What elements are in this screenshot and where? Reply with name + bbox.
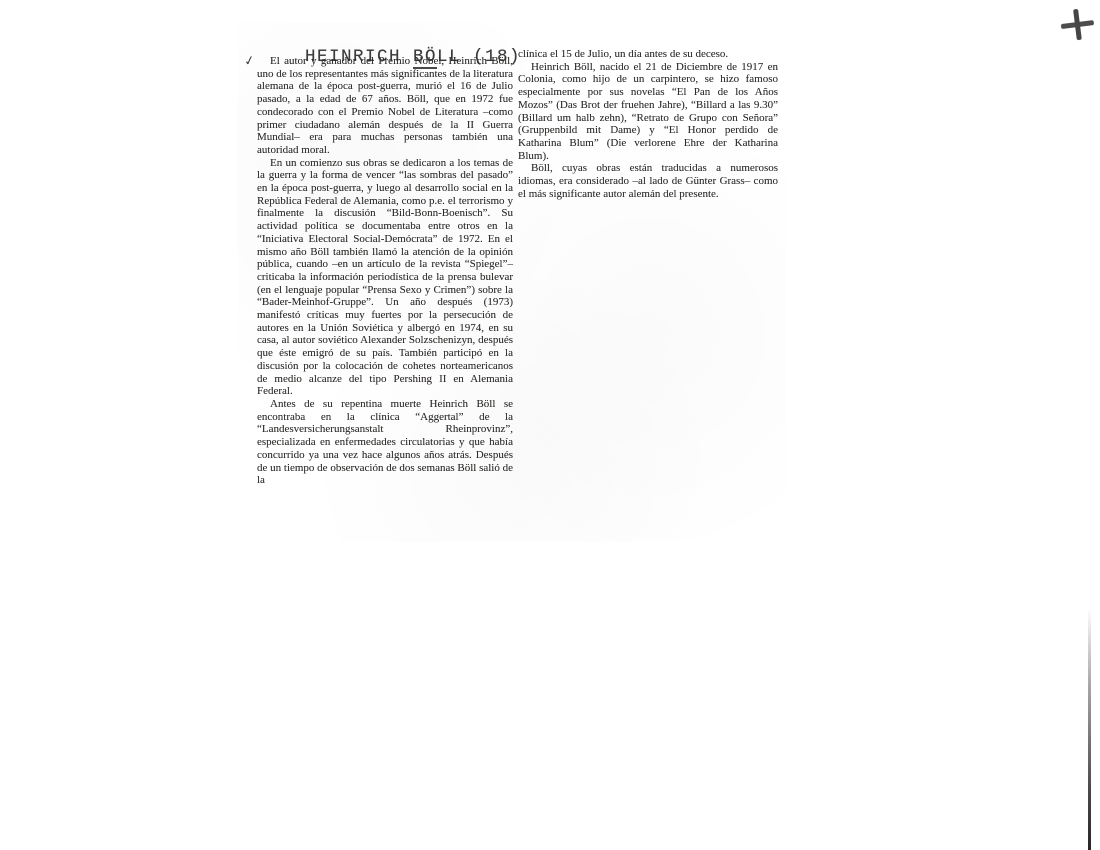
article-column-2: clínica el 15 de Julio, un día antes de …	[518, 48, 778, 487]
paragraph: Heinrich Böll, nacido el 21 de Diciembre…	[518, 61, 778, 163]
scan-edge-line	[1088, 608, 1091, 850]
paragraph: Antes de su repentina muerte Heinrich Bö…	[257, 398, 513, 487]
paragraph: Böll, cuyas obras están traducidas a num…	[518, 162, 778, 200]
registration-cross-icon	[1056, 4, 1100, 47]
paragraph: En un comienzo sus obras se dedicaron a …	[257, 157, 513, 398]
paragraph: El autor y ganador del Premio Nobel, Hei…	[257, 55, 513, 157]
paragraph-continuation: clínica el 15 de Julio, un día antes de …	[518, 48, 778, 61]
article-column-1: El autor y ganador del Premio Nobel, Hei…	[257, 55, 513, 487]
article-body: El autor y ganador del Premio Nobel, Hei…	[257, 55, 778, 487]
scanned-page: HEINRICH BÖLL (18) ✓ El autor y ganador …	[0, 0, 1100, 850]
